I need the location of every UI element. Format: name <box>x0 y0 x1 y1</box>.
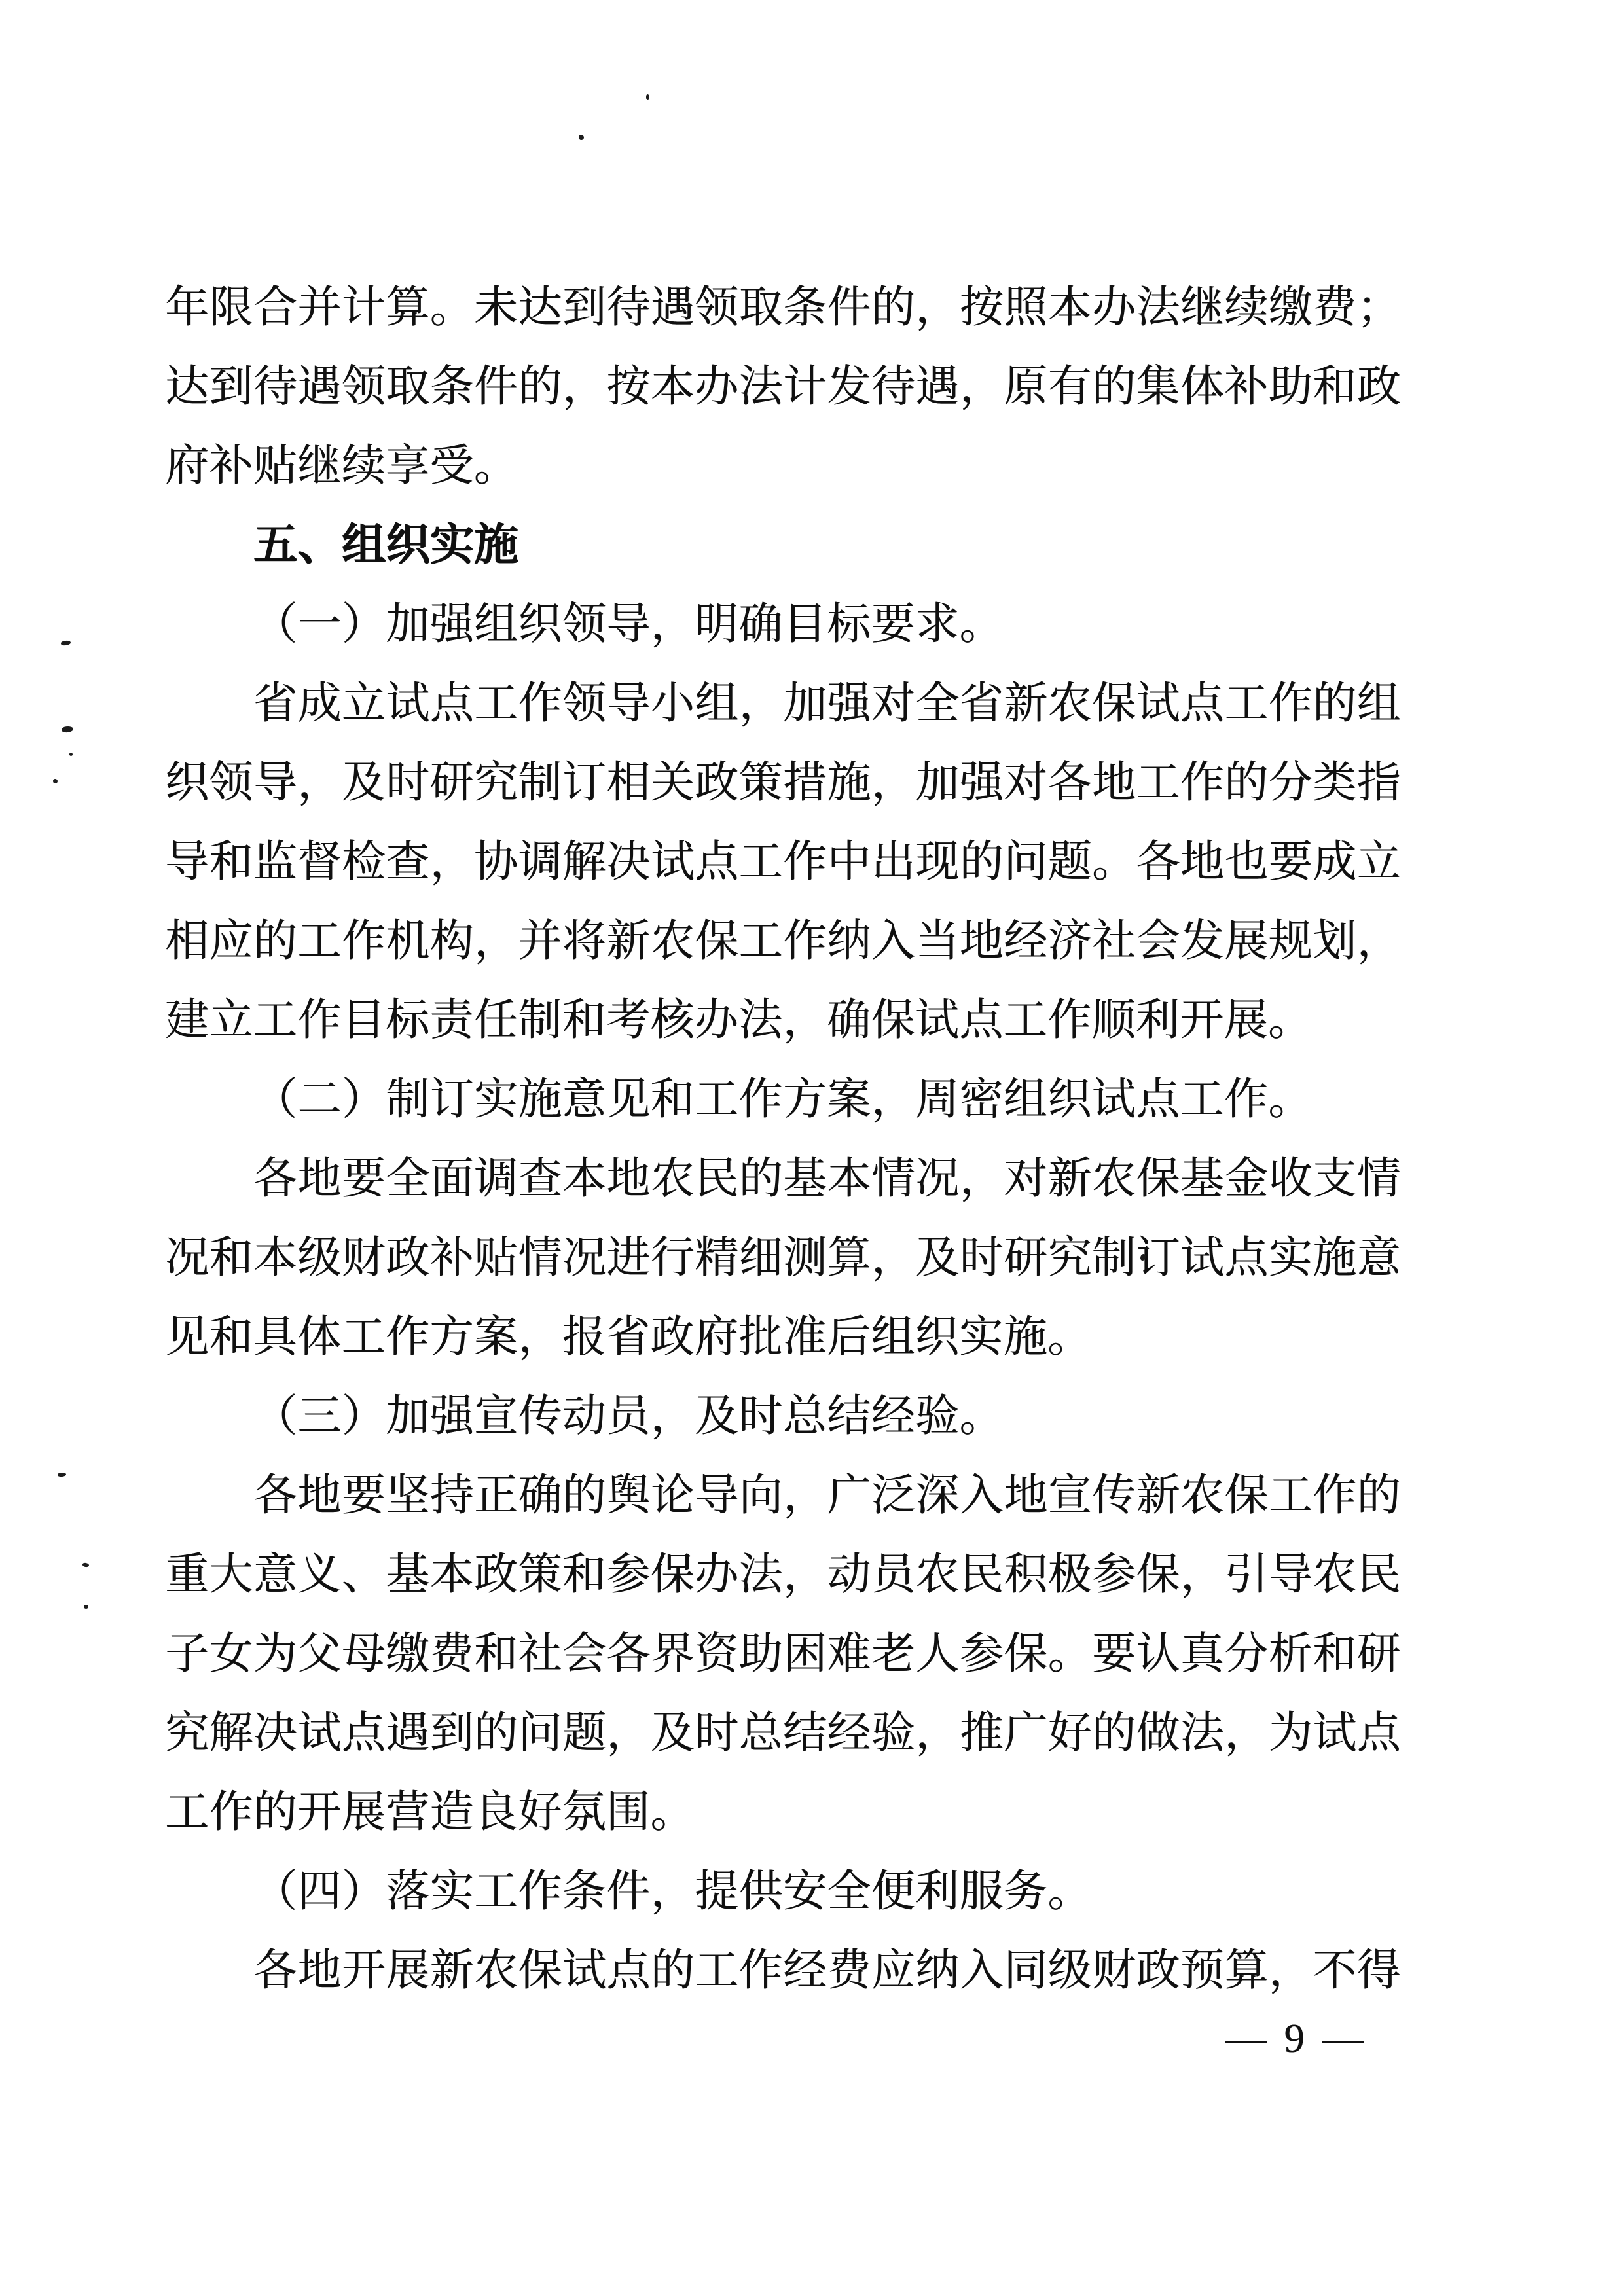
body-text-line: 年限合并计算。未达到待遇领取条件的，按照本办法继续缴费； <box>165 268 1401 348</box>
body-text-line: 达到待遇领取条件的，按本办法计发待遇，原有的集体补助和政 <box>165 348 1401 427</box>
body-text-line: 府补贴继续享受。 <box>165 427 1401 506</box>
subsection-heading: （三）加强宣传动员，及时总结经验。 <box>165 1377 1401 1456</box>
scan-speck <box>58 1472 66 1477</box>
scan-speck <box>62 726 74 733</box>
document-page: 年限合并计算。未达到待遇领取条件的，按照本办法继续缴费； 达到待遇领取条件的，按… <box>0 0 1613 2296</box>
subsection-heading: （一）加强组织领导，明确目标要求。 <box>165 585 1401 664</box>
scan-speck <box>61 640 71 646</box>
section-heading: 五、组织实施 <box>165 506 1401 585</box>
body-text-line: 各地要全面调查本地农民的基本情况，对新农保基金收支情 <box>165 1139 1401 1219</box>
body-text-line: 相应的工作机构，并将新农保工作纳入当地经济社会发展规划， <box>165 902 1401 981</box>
scan-speck <box>69 753 73 756</box>
body-text-line: 见和具体工作方案，报省政府批准后组织实施。 <box>165 1298 1401 1377</box>
scan-speck <box>646 94 649 100</box>
scan-speck <box>84 1605 88 1609</box>
subsection-heading: （二）制订实施意见和工作方案，周密组织试点工作。 <box>165 1060 1401 1139</box>
body-text-line: 各地要坚持正确的舆论导向，广泛深入地宣传新农保工作的 <box>165 1456 1401 1535</box>
document-text: 年限合并计算。未达到待遇领取条件的，按照本办法继续缴费； 达到待遇领取条件的，按… <box>165 268 1401 2011</box>
body-text-line: 各地开展新农保试点的工作经费应纳入同级财政预算，不得 <box>165 1931 1401 2011</box>
body-text-line: 省成立试点工作领导小组，加强对全省新农保试点工作的组 <box>165 664 1401 744</box>
scan-speck <box>82 1562 90 1567</box>
body-text-line: 建立工作目标责任制和考核办法，确保试点工作顺利开展。 <box>165 981 1401 1060</box>
body-text-line: 子女为父母缴费和社会各界资助困难老人参保。要认真分析和研 <box>165 1615 1401 1694</box>
body-text-line: 况和本级财政补贴情况进行精细测算，及时研究制订试点实施意 <box>165 1219 1401 1298</box>
subsection-heading: （四）落实工作条件，提供安全便利服务。 <box>165 1852 1401 1931</box>
page-number: — 9 — <box>1225 2016 1367 2062</box>
body-text-line: 导和监督检查，协调解决试点工作中出现的问题。各地也要成立 <box>165 823 1401 902</box>
body-text-line: 究解决试点遇到的问题，及时总结经验，推广好的做法，为试点 <box>165 1694 1401 1773</box>
scan-speck <box>579 135 584 140</box>
body-text-line: 重大意义、基本政策和参保办法，动员农民积极参保，引导农民 <box>165 1535 1401 1615</box>
body-text-line: 织领导，及时研究制订相关政策措施，加强对各地工作的分类指 <box>165 744 1401 823</box>
scan-speck <box>53 779 58 783</box>
body-text-line: 工作的开展营造良好氛围。 <box>165 1773 1401 1852</box>
